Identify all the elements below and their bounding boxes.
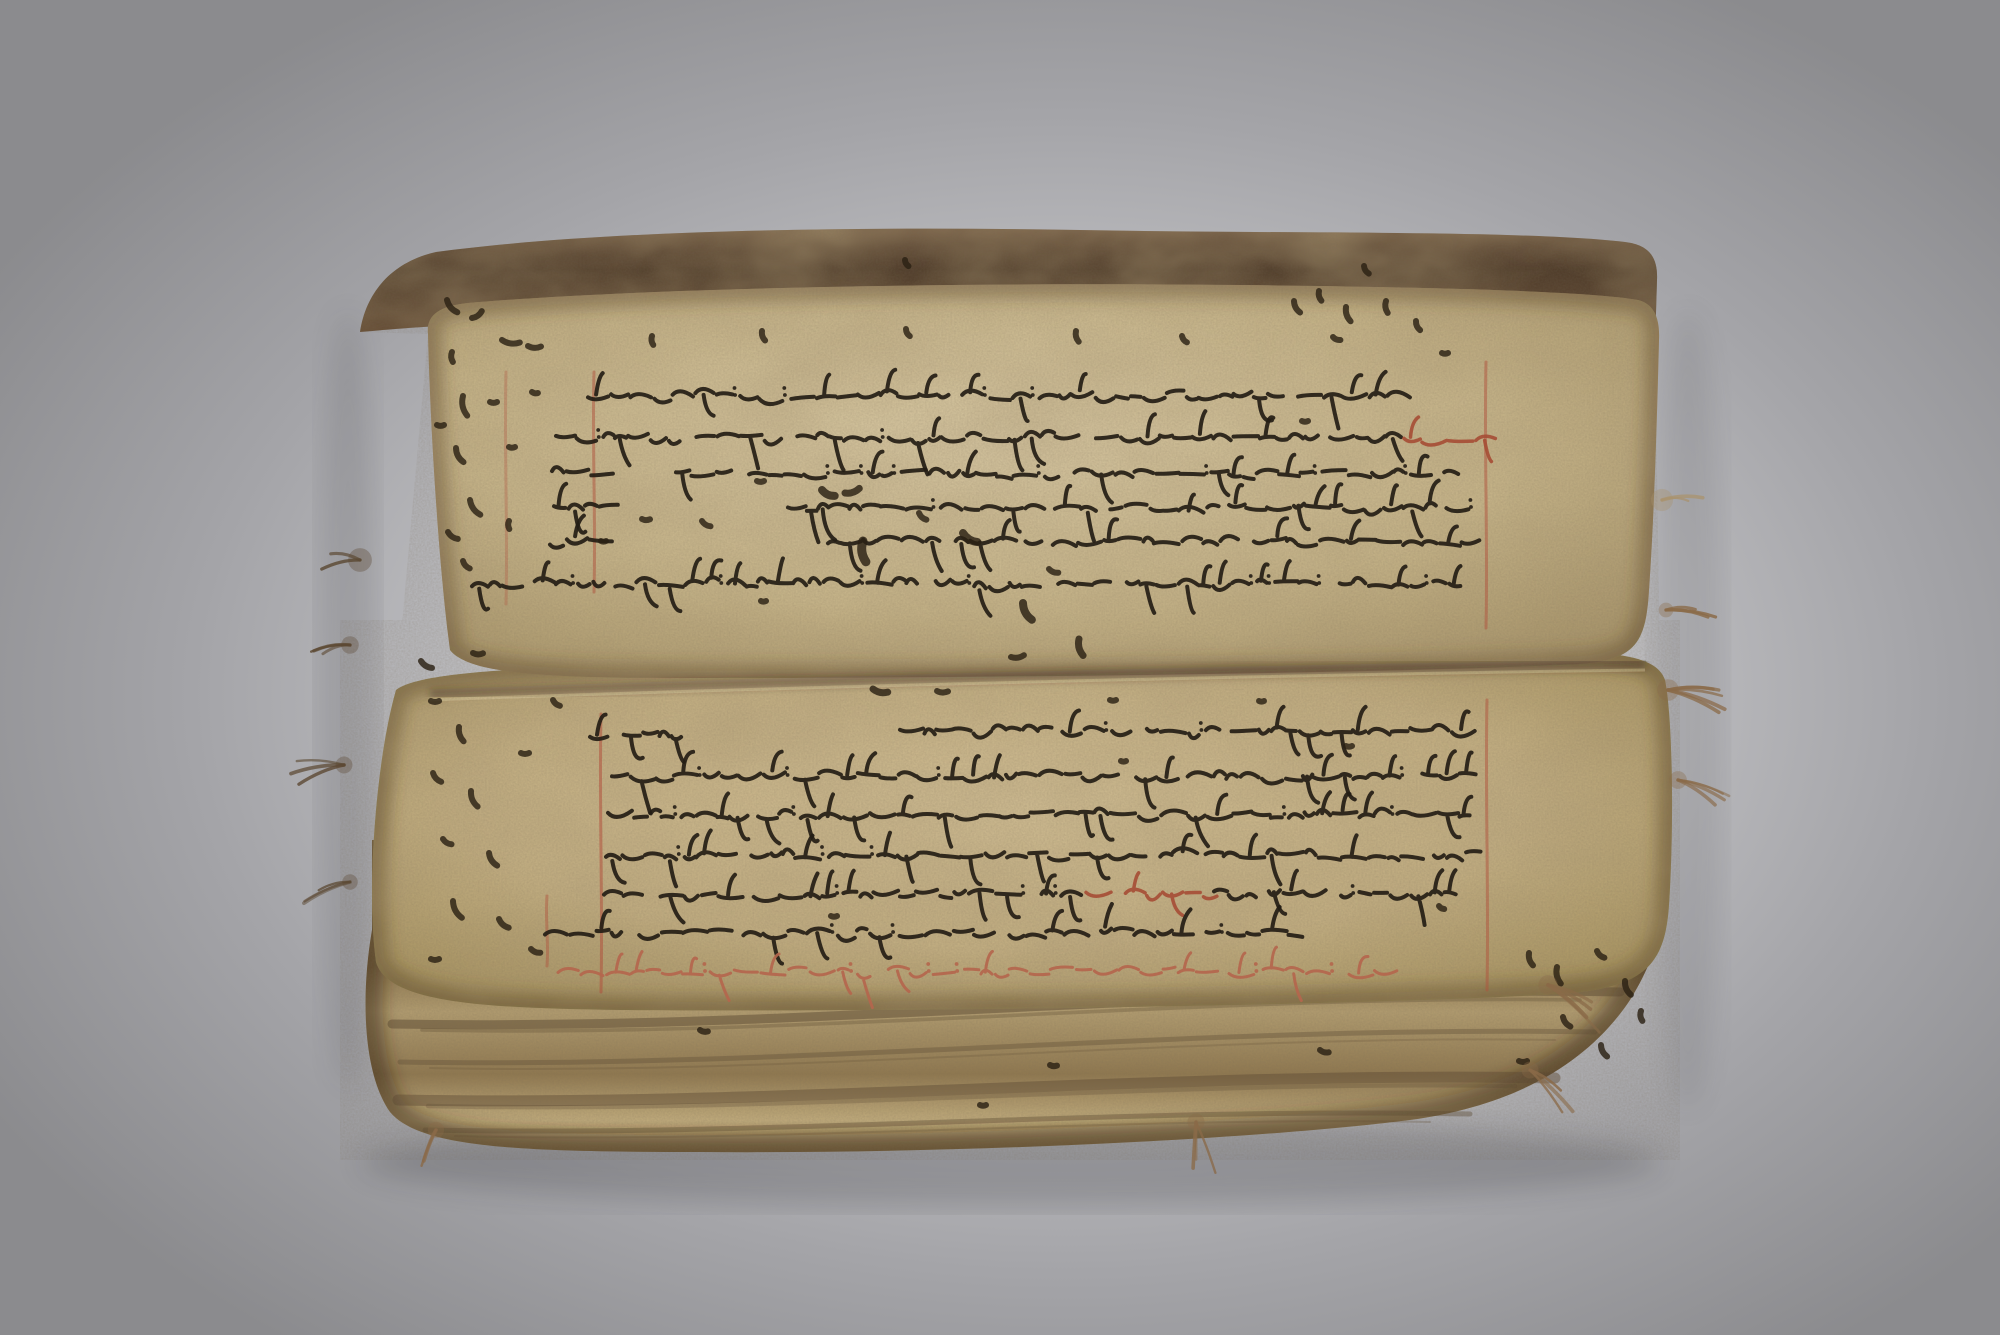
wormhole	[437, 425, 444, 426]
tsheg-dot	[1054, 891, 1058, 895]
tsheg-dot	[719, 574, 723, 578]
wormhole	[937, 691, 948, 693]
tsheg-dot	[1104, 728, 1108, 732]
tsheg-dot	[1282, 805, 1286, 809]
wormhole	[532, 392, 538, 393]
tsheg-dot	[1425, 581, 1429, 585]
tsheg-dot	[1351, 891, 1355, 895]
wormhole	[651, 336, 653, 345]
tsheg-dot	[673, 812, 677, 816]
tsheg-dot	[955, 969, 959, 973]
tsheg-dot	[786, 773, 790, 777]
wormhole	[431, 701, 439, 702]
manuscript-book	[291, 215, 1729, 1173]
tsheg-dot	[967, 574, 971, 578]
wormhole	[431, 959, 439, 960]
tsheg-dot	[1220, 930, 1224, 934]
tsheg-dot	[1404, 471, 1408, 475]
tsheg-dot	[835, 891, 839, 895]
tsheg-dot	[926, 962, 930, 966]
tsheg-dot	[881, 435, 885, 439]
tsheg-dot	[1249, 574, 1253, 578]
wormhole	[905, 260, 909, 266]
tsheg-dot	[571, 581, 575, 585]
wormhole	[700, 1030, 708, 1032]
tsheg-dot	[1400, 766, 1404, 770]
tsheg-dot	[1104, 721, 1108, 725]
tsheg-dot	[825, 464, 829, 468]
tsheg-dot	[697, 766, 701, 770]
tsheg-dot	[1330, 969, 1334, 973]
wormhole	[1110, 700, 1116, 701]
wormhole	[862, 541, 866, 562]
tsheg-dot	[931, 498, 935, 502]
wormhole	[1519, 1061, 1527, 1062]
tsheg-dot	[891, 923, 895, 927]
tsheg-dot	[1317, 581, 1321, 585]
tsheg-dot	[955, 962, 959, 966]
wormhole	[1121, 761, 1126, 762]
tsheg-dot	[791, 805, 795, 809]
wormhole	[1259, 701, 1264, 702]
wormhole	[1385, 301, 1387, 313]
tsheg-dot	[936, 766, 940, 770]
wormhole	[473, 653, 483, 654]
tsheg-dot	[703, 969, 707, 973]
tsheg-dot	[982, 386, 986, 390]
tsheg-dot	[673, 805, 677, 809]
tsheg-dot	[849, 962, 853, 966]
margin-guideline	[1486, 700, 1487, 990]
tsheg-dot	[892, 464, 896, 468]
tsheg-dot	[1219, 923, 1223, 927]
manuscript-photo	[0, 0, 2000, 1335]
tsheg-dot	[596, 428, 600, 432]
tsheg-dot	[597, 435, 601, 439]
tsheg-dot	[1053, 884, 1057, 888]
tsheg-dot	[1255, 969, 1259, 973]
photo-canvas	[0, 0, 2000, 1335]
tsheg-dot	[937, 773, 941, 777]
wormhole	[762, 331, 765, 341]
tsheg-dot	[1267, 574, 1271, 578]
tsheg-dot	[571, 574, 575, 578]
tsheg-dot	[860, 581, 864, 585]
tsheg-dot	[1469, 498, 1473, 502]
tsheg-dot	[927, 969, 931, 973]
wormhole	[451, 352, 453, 362]
tsheg-dot	[782, 386, 786, 390]
tsheg-dot	[1205, 471, 1209, 475]
tsheg-dot	[880, 428, 884, 432]
tsheg-dot	[1424, 574, 1428, 578]
tsheg-dot	[1204, 464, 1208, 468]
wormhole	[757, 481, 764, 482]
tsheg-dot	[785, 766, 789, 770]
wormhole	[509, 447, 515, 448]
tsheg-dot	[1390, 805, 1394, 809]
tsheg-dot	[860, 574, 864, 578]
tsheg-dot	[1469, 505, 1473, 509]
tsheg-dot	[1267, 581, 1271, 585]
tsheg-dot	[1036, 464, 1040, 468]
tsheg-dot	[870, 845, 874, 849]
tsheg-dot	[821, 852, 825, 856]
tsheg-dot	[1400, 773, 1404, 777]
wormhole	[528, 346, 541, 348]
tsheg-dot	[1254, 962, 1258, 966]
wormhole	[1302, 421, 1308, 422]
tsheg-dot	[719, 581, 723, 585]
tsheg-dot	[1391, 812, 1395, 816]
tsheg-dot	[1031, 393, 1035, 397]
tsheg-dot	[831, 930, 835, 934]
wormhole	[1442, 353, 1448, 354]
tsheg-dot	[1249, 581, 1253, 585]
wormhole	[873, 689, 888, 693]
tsheg-dot	[826, 471, 830, 475]
wormhole	[1319, 291, 1322, 301]
wormhole	[490, 402, 497, 403]
tsheg-dot	[1351, 884, 1355, 888]
tsheg-dot	[892, 471, 896, 475]
tsheg-dot	[1021, 884, 1025, 888]
wormhole	[1333, 337, 1340, 340]
tsheg-dot	[835, 884, 839, 888]
tsheg-dot	[676, 845, 680, 849]
tsheg-dot	[891, 930, 895, 934]
tsheg-dot	[849, 969, 853, 973]
tsheg-dot	[1021, 891, 1025, 895]
tsheg-dot	[1330, 962, 1334, 966]
margin-guideline	[600, 714, 601, 992]
tsheg-dot	[698, 773, 702, 777]
tsheg-dot	[1283, 812, 1287, 816]
wormhole	[1346, 746, 1352, 747]
tsheg-dot	[830, 923, 834, 927]
tsheg-dot	[870, 852, 874, 856]
tsheg-dot	[983, 393, 987, 397]
tsheg-dot	[1199, 721, 1203, 725]
tsheg-dot	[820, 845, 824, 849]
tsheg-dot	[1403, 464, 1407, 468]
tsheg-dot	[860, 471, 864, 475]
tsheg-dot	[792, 812, 796, 816]
tsheg-dot	[703, 962, 707, 966]
wormhole	[980, 1105, 986, 1106]
wormhole	[1640, 1011, 1642, 1021]
margin-guideline	[1485, 362, 1486, 628]
wormhole	[508, 521, 509, 529]
margin-guideline	[505, 372, 506, 604]
tsheg-dot	[1313, 464, 1317, 468]
tsheg-dot	[1037, 471, 1041, 475]
wormhole	[601, 541, 606, 542]
wormhole	[1076, 331, 1079, 342]
tsheg-dot	[733, 386, 737, 390]
wormhole	[831, 916, 837, 917]
tsheg-dot	[1200, 728, 1204, 732]
wormhole	[1011, 655, 1024, 658]
wormhole	[1320, 1050, 1329, 1053]
tsheg-dot	[1317, 574, 1321, 578]
tsheg-dot	[733, 393, 737, 397]
tsheg-dot	[1030, 386, 1034, 390]
tsheg-dot	[677, 852, 681, 856]
wormhole	[1439, 906, 1444, 909]
paper-grain	[330, 215, 1690, 1165]
tsheg-dot	[1313, 471, 1317, 475]
tsheg-dot	[967, 581, 971, 585]
wormhole	[1050, 1065, 1057, 1066]
wormhole	[502, 340, 520, 344]
wormhole	[642, 519, 650, 520]
wormhole	[521, 753, 529, 754]
margin-guideline	[593, 372, 594, 592]
tsheg-dot	[783, 393, 787, 397]
wormhole	[761, 601, 766, 602]
tsheg-dot	[859, 464, 863, 468]
tsheg-dot	[932, 505, 936, 509]
